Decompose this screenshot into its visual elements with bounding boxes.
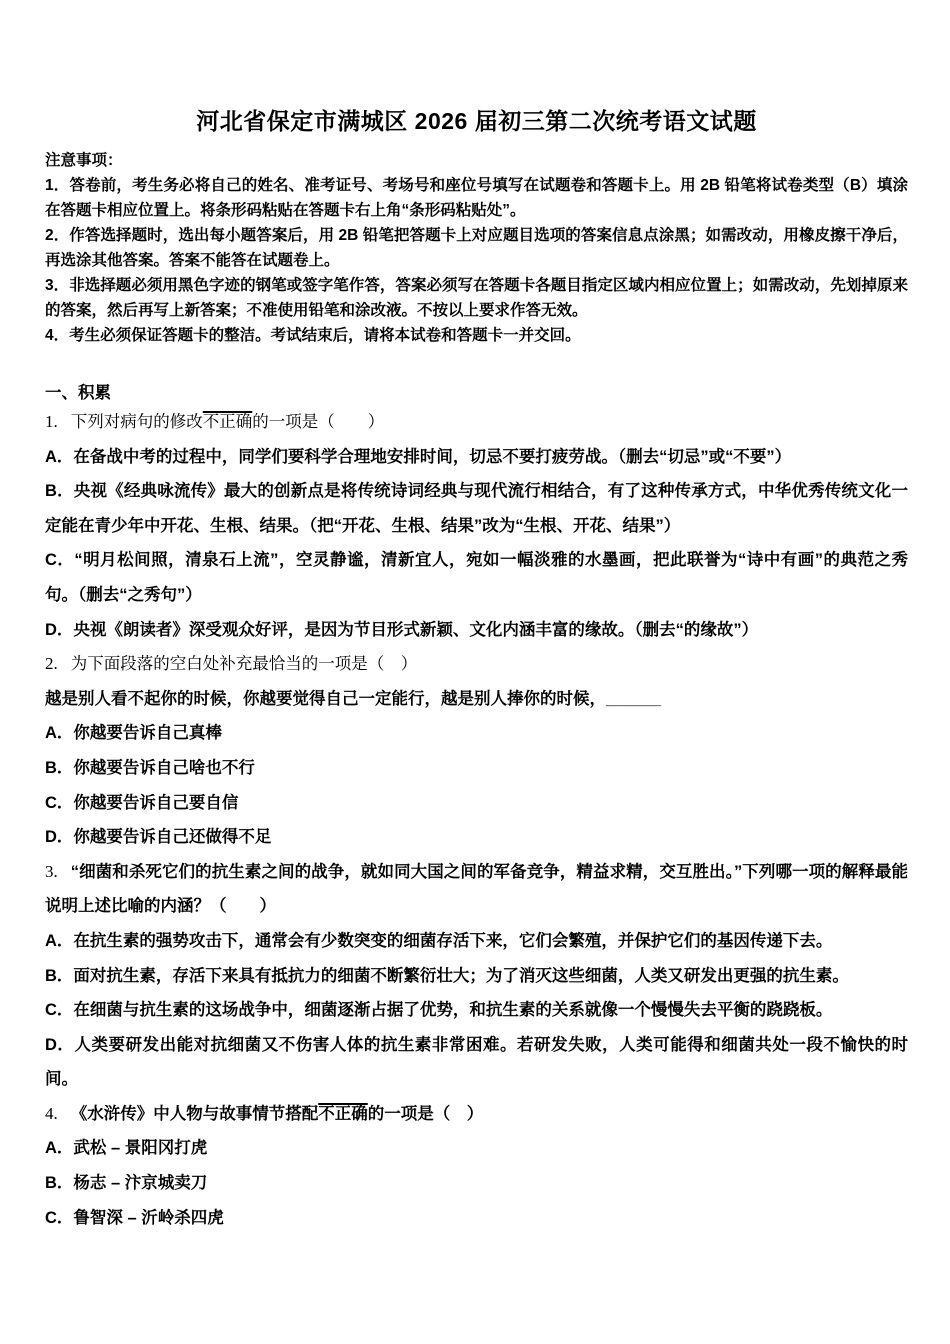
question-4: 4.《水浒传》中人物与故事情节搭配不正确的一项是（ ） A．武松 – 景阳冈打虎… [45,1097,908,1235]
question-3-stem: 3.“细菌和杀死它们的抗生素之间的战争，就如同大国之间的军备竞争，精益求精，交互… [45,855,908,924]
question-3-option-d: D．人类要研发出能对抗细菌又不伤害人体的抗生素非常困难。若研发失败，人类可能得和… [45,1028,908,1097]
question-4-stem: 4.《水浒传》中人物与故事情节搭配不正确的一项是（ ） [45,1097,908,1132]
question-4-number: 4. [45,1104,71,1123]
question-4-stem-emphasis: 不正确 [318,1105,368,1123]
notice-heading: 注意事项： [45,148,908,173]
question-3-option-b: B．面对抗生素，存活下来具有抵抗力的细菌不断繁衍壮大；为了消灭这些细菌，人类又研… [45,959,908,994]
questions-area: 1.下列对病句的修改不正确的一项是（ ） A．在备战中考的过程中，同学们要科学合… [45,405,908,1235]
question-1-number: 1. [45,412,71,431]
question-2-option-a: A．你越要告诉自己真棒 [45,716,908,751]
question-1-stem-emphasis: 不正确 [203,413,253,431]
question-2-stem: 2.为下面段落的空白处补充最恰当的一项是（ ） [45,647,908,682]
notice-item-4: 4．考生必须保证答题卡的整洁。考试结束后，请将本试卷和答题卡一并交回。 [45,323,908,348]
notice-item-3: 3．非选择题必须用黑色字迹的钢笔或签字笔作答，答案必须写在答题卡各题目指定区域内… [45,273,908,323]
question-2-option-c: C．你越要告诉自己要自信 [45,786,908,821]
question-2-passage: 越是别人看不起你的时候，你越要觉得自己一定能行，越是别人捧你的时候，______ [45,682,908,717]
question-4-option-b: B．杨志 – 汴京城卖刀 [45,1166,908,1201]
question-3-option-c: C．在细菌与抗生素的这场战争中，细菌逐渐占据了优势，和抗生素的关系就像一个慢慢失… [45,993,908,1028]
question-3: 3.“细菌和杀死它们的抗生素之间的战争，就如同大国之间的军备竞争，精益求精，交互… [45,855,908,1097]
question-1-option-c: C．“明月松间照，清泉石上流”，空灵静谧，清新宜人，宛如一幅淡雅的水墨画，把此联… [45,543,908,612]
question-3-number: 3. [45,862,71,881]
notice-item-2: 2．作答选择题时，选出每小题答案后，用 2B 铅笔把答题卡上对应题目选项的答案信… [45,223,908,273]
question-1-option-b: B．央视《经典咏流传》最大的创新点是将传统诗词经典与现代流行相结合，有了这种传承… [45,474,908,543]
question-2: 2.为下面段落的空白处补充最恰当的一项是（ ） 越是别人看不起你的时候，你越要觉… [45,647,908,855]
question-1-stem: 1.下列对病句的修改不正确的一项是（ ） [45,405,908,440]
section-heading-accumulation: 一、积累 [45,381,908,405]
question-2-number: 2. [45,654,71,673]
question-1-stem-post: 的一项是（ ） [252,413,384,431]
question-3-stem-text: “细菌和杀死它们的抗生素之间的战争，就如同大国之间的军备竞争，精益求精，交互胜出… [45,863,908,916]
question-1: 1.下列对病句的修改不正确的一项是（ ） A．在备战中考的过程中，同学们要科学合… [45,405,908,647]
question-2-option-d: D．你越要告诉自己还做得不足 [45,820,908,855]
question-4-option-a: A．武松 – 景阳冈打虎 [45,1131,908,1166]
notice-section: 注意事项： 1．答卷前，考生务必将自己的姓名、准考证号、考场号和座位号填写在试题… [45,148,908,348]
question-1-option-d: D．央视《朗读者》深受观众好评，是因为节目形式新颖、文化内涵丰富的缘故。（删去“… [45,613,908,648]
exam-page: 河北省保定市满城区 2026 届初三第二次统考语文试题 注意事项： 1．答卷前，… [0,0,950,1344]
question-4-stem-pre: 《水浒传》中人物与故事情节搭配 [71,1105,319,1123]
question-4-option-c: C．鲁智深 – 沂岭杀四虎 [45,1201,908,1236]
question-1-stem-pre: 下列对病句的修改 [71,413,203,431]
question-4-stem-post: 的一项是（ ） [368,1105,484,1123]
question-1-option-a: A．在备战中考的过程中，同学们要科学合理地安排时间，切忌不要打疲劳战。（删去“切… [45,440,908,475]
question-3-option-a: A．在抗生素的强势攻击下，通常会有少数突变的细菌存活下来，它们会繁殖，并保护它们… [45,924,908,959]
question-2-option-b: B．你越要告诉自己啥也不行 [45,751,908,786]
question-2-stem-text: 为下面段落的空白处补充最恰当的一项是（ ） [71,655,418,673]
notice-item-1: 1．答卷前，考生务必将自己的姓名、准考证号、考场号和座位号填写在试题卷和答题卡上… [45,173,908,223]
page-title: 河北省保定市满城区 2026 届初三第二次统考语文试题 [45,106,908,136]
